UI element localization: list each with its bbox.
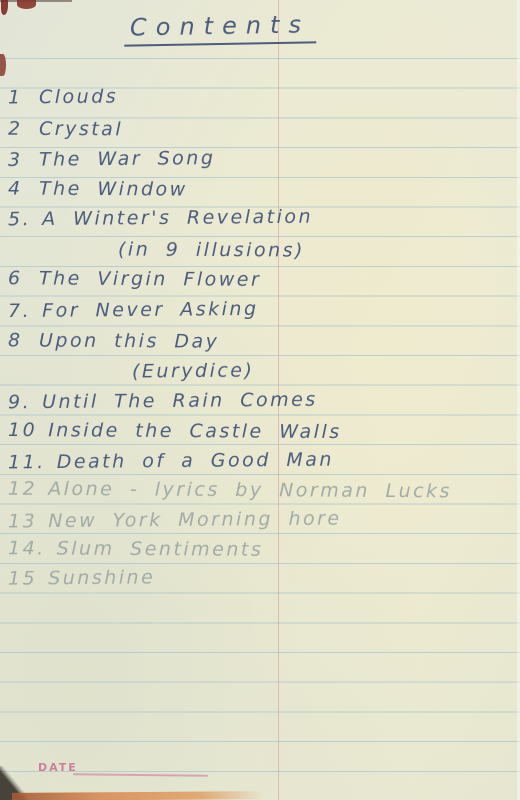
entry-subtitle: (Eurydice) <box>132 357 255 384</box>
entry-title: New York Morning hore <box>48 506 342 535</box>
entry-number: 1 <box>8 84 28 110</box>
toc-entry: 11.Death of a Good Man <box>8 447 334 476</box>
toc-entry-subtitle: (in 9 illusions) <box>118 236 305 263</box>
toc-entry: 1Clouds <box>8 84 118 111</box>
entry-title: Death of a Good Man <box>57 447 334 475</box>
entry-title: Slum Sentiments <box>57 536 264 563</box>
scan-artifact-top-left-spot <box>17 0 36 9</box>
entry-title: The Window <box>39 176 188 203</box>
entry-number: 12 <box>8 476 37 502</box>
toc-entry: 7.For Never Asking <box>8 296 259 324</box>
toc-entry: 9.Until The Rain Comes <box>8 387 318 416</box>
entry-number: 2 <box>8 116 28 142</box>
entry-title: Upon this Day <box>39 328 220 355</box>
toc-entry: 14.Slum Sentiments <box>8 535 263 563</box>
toc-entry: 6The Virgin Flower <box>8 265 261 293</box>
entry-number: 10 <box>8 417 37 443</box>
toc-entry: 15Sunshine <box>8 564 156 591</box>
entry-title: Sunshine <box>48 564 155 591</box>
entry-number: 15 <box>8 565 37 591</box>
entry-number: 5. <box>8 206 31 232</box>
entry-number: 3 <box>8 147 28 173</box>
entry-number: 11. <box>8 449 46 475</box>
entry-title: Clouds <box>39 84 118 111</box>
page-title: Contents <box>124 10 316 46</box>
entry-number: 7. <box>8 298 31 324</box>
toc-entry: 5.A Winter's Revelation <box>8 204 313 233</box>
entry-title: Inside the Castle Walls <box>48 417 342 445</box>
toc-entry: 2Crystal <box>8 116 123 143</box>
entry-title: Crystal <box>39 116 123 143</box>
scan-artifact-left-edge-spot <box>0 54 6 76</box>
entry-title: The War Song <box>39 145 216 173</box>
toc-entry: 3The War Song <box>8 145 216 173</box>
toc-entry: 8Upon this Day <box>8 327 220 354</box>
toc-entry-subtitle: (Eurydice) <box>132 357 255 384</box>
scan-artifact-bottom-strip <box>12 791 264 800</box>
scan-artifact-top-edge <box>0 0 72 2</box>
entry-number: 6 <box>8 265 28 291</box>
entry-number: 4 <box>8 175 28 201</box>
toc-entry: 4The Window <box>8 175 188 202</box>
entry-subtitle: (in 9 illusions) <box>118 236 305 263</box>
toc-entry: 12Alone - lyrics by Norman Lucks <box>8 476 452 505</box>
entry-title: The Virgin Flower <box>39 265 261 292</box>
title-area: Contents <box>0 12 440 45</box>
entry-number: 14. <box>8 535 46 561</box>
entry-title: Alone - lyrics by Norman Lucks <box>48 476 452 504</box>
entry-number: 8 <box>8 327 28 353</box>
toc-entry: 10Inside the Castle Walls <box>8 417 342 445</box>
entry-number: 9. <box>8 389 31 415</box>
toc-entry: 13New York Morning hore <box>8 506 342 535</box>
date-underline <box>73 773 208 776</box>
entry-title: For Never Asking <box>42 296 259 324</box>
scan-artifact-bottom-left-corner <box>0 766 28 800</box>
date-label: DATE <box>38 761 78 774</box>
entry-number: 13 <box>8 508 37 534</box>
entry-title: A Winter's Revelation <box>42 204 313 232</box>
entry-title: Until The Rain Comes <box>42 387 318 415</box>
